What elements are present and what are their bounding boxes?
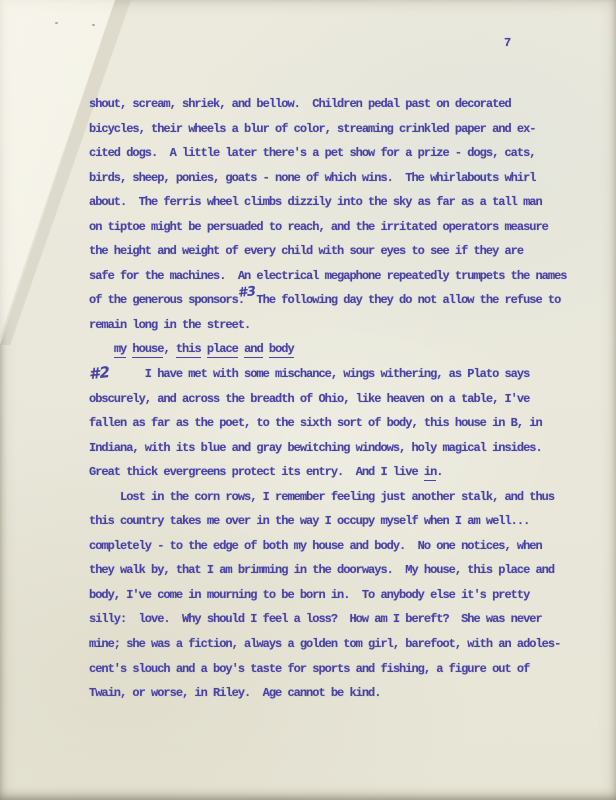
underlined-text: this bbox=[176, 342, 201, 358]
text-line: cent's slouch and a boy's taste for spor… bbox=[89, 657, 589, 682]
text-line: about. The ferris wheel climbs dizzily i… bbox=[89, 190, 589, 215]
text-segment: cent's slouch and a boy's taste for spor… bbox=[89, 662, 529, 676]
text-segment: Lost in the corn rows, I remember feelin… bbox=[89, 490, 554, 504]
text-line: the height and weight of every child wit… bbox=[89, 239, 589, 264]
text-segment: obscurely, and across the breadth of Ohi… bbox=[89, 392, 529, 406]
manuscript-page: 7 shout, scream, shriek, and bellow. Chi… bbox=[0, 0, 616, 800]
text-line: obscurely, and across the breadth of Ohi… bbox=[89, 387, 589, 412]
text-segment: Indiana, with its blue and gray bewitchi… bbox=[89, 441, 542, 455]
text-line: silly: love. Why should I feel a loss? H… bbox=[89, 607, 589, 632]
text-segment: the height and weight of every child wit… bbox=[89, 244, 523, 258]
text-line: on tiptoe might be persuaded to reach, a… bbox=[89, 215, 589, 240]
text-line: of the generous sponsors. The following … bbox=[89, 288, 589, 313]
typed-text-block: shout, scream, shriek, and bellow. Child… bbox=[89, 92, 589, 706]
text-line: Twain, or worse, in Riley. Age cannot be… bbox=[89, 681, 589, 706]
text-segment: Twain, or worse, in Riley. Age cannot be… bbox=[89, 686, 380, 700]
text-line: safe for the machines. An electrical meg… bbox=[89, 264, 589, 289]
text-segment bbox=[89, 342, 114, 356]
text-segment: shout, scream, shriek, and bellow. Child… bbox=[89, 97, 511, 111]
text-segment: completely - to the edge of both my hous… bbox=[89, 539, 542, 553]
text-line: they walk by, that I am brimming in the … bbox=[89, 558, 589, 583]
page-number: 7 bbox=[504, 36, 511, 50]
underlined-text: my bbox=[114, 342, 126, 358]
text-line: cited dogs. A little later there's a pet… bbox=[89, 141, 589, 166]
text-line: completely - to the edge of both my hous… bbox=[89, 534, 589, 559]
text-segment: this country takes me over in the way I … bbox=[89, 514, 529, 528]
text-segment: birds, sheep, ponies, goats - none of wh… bbox=[89, 171, 535, 185]
underlined-text: and bbox=[244, 342, 263, 358]
text-segment: . bbox=[436, 465, 442, 479]
text-line: fallen as far as the poet, to the sixth … bbox=[89, 411, 589, 436]
text-segment: bicycles, their wheels a blur of color, … bbox=[89, 122, 535, 136]
text-segment: cited dogs. A little later there's a pet… bbox=[89, 146, 535, 160]
text-segment: silly: love. Why should I feel a loss? H… bbox=[89, 612, 542, 626]
text-segment: on tiptoe might be persuaded to reach, a… bbox=[89, 220, 548, 234]
underlined-text: place bbox=[207, 342, 238, 358]
text-line: mine; she was a fiction, always a golden… bbox=[89, 632, 589, 657]
text-segment: , bbox=[163, 342, 175, 356]
text-line: birds, sheep, ponies, goats - none of wh… bbox=[89, 166, 589, 191]
text-segment: Great thick evergreens protect its entry… bbox=[89, 465, 424, 479]
text-segment bbox=[263, 342, 269, 356]
underlined-text: house bbox=[132, 342, 163, 358]
text-line: shout, scream, shriek, and bellow. Child… bbox=[89, 92, 589, 117]
text-segment: fallen as far as the poet, to the sixth … bbox=[89, 416, 542, 430]
text-line: this country takes me over in the way I … bbox=[89, 509, 589, 534]
text-line: body, I've come in mourning to be born i… bbox=[89, 583, 589, 608]
section-heading: my house, this place and body bbox=[89, 337, 589, 362]
text-segment: they walk by, that I am brimming in the … bbox=[89, 563, 554, 577]
underlined-text: body bbox=[269, 342, 294, 358]
text-segment: of the generous sponsors. The following … bbox=[89, 293, 560, 307]
text-segment: mine; she was a fiction, always a golden… bbox=[89, 637, 560, 651]
text-line: Great thick evergreens protect its entry… bbox=[89, 460, 589, 485]
text-segment: about. The ferris wheel climbs dizzily i… bbox=[89, 195, 542, 209]
text-line: bicycles, their wheels a blur of color, … bbox=[89, 117, 589, 142]
underlined-text: in bbox=[424, 465, 436, 481]
text-line: Lost in the corn rows, I remember feelin… bbox=[89, 485, 589, 510]
text-line: I have met with some mischance, wings wi… bbox=[89, 362, 589, 387]
text-segment: remain long in the street. bbox=[89, 318, 250, 332]
text-line: Indiana, with its blue and gray bewitchi… bbox=[89, 436, 589, 461]
paper-speck bbox=[92, 24, 96, 27]
text-segment: safe for the machines. An electrical meg… bbox=[89, 269, 567, 283]
text-segment bbox=[201, 342, 207, 356]
paper-speck bbox=[55, 22, 58, 24]
text-line: remain long in the street. bbox=[89, 313, 589, 338]
text-segment: body, I've come in mourning to be born i… bbox=[89, 588, 529, 602]
text-segment: I have met with some mischance, wings wi… bbox=[89, 367, 529, 381]
